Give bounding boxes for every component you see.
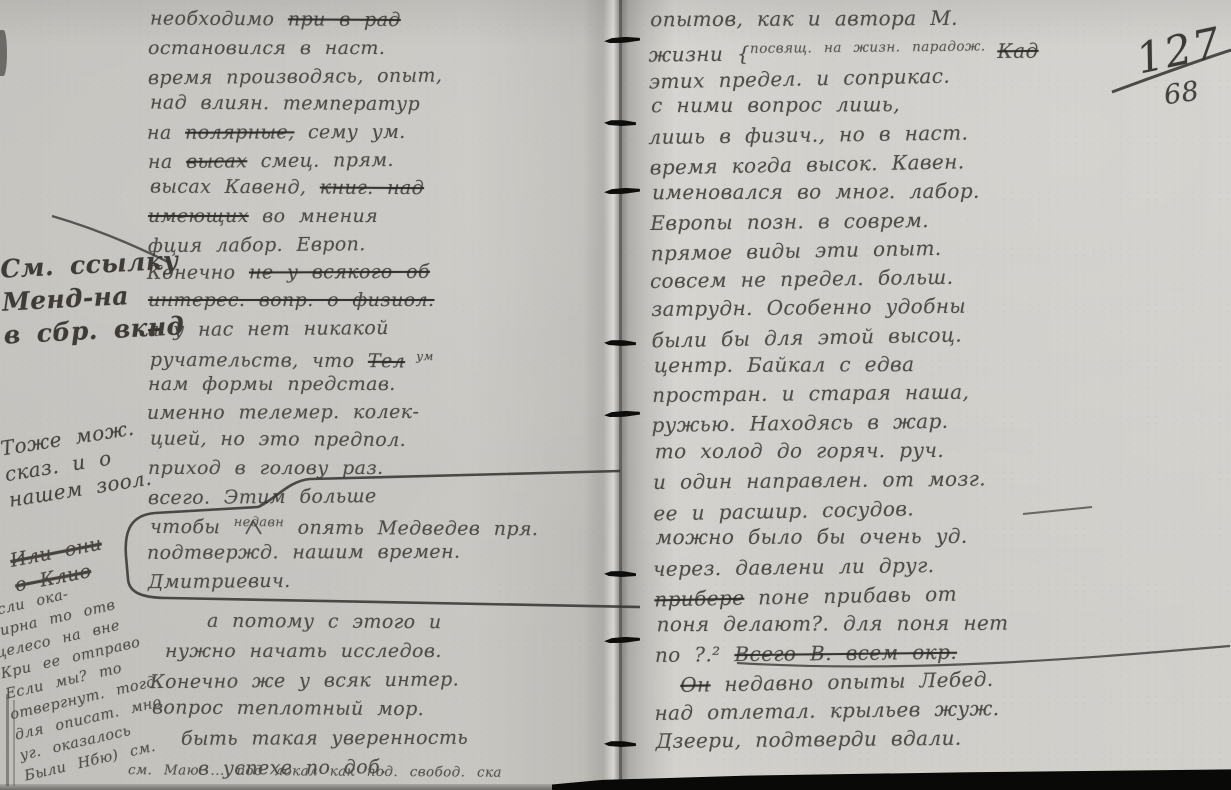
manuscript-line: центр. Байкал с едва <box>654 348 1220 379</box>
manuscript-line: на полярные, сему ум. <box>147 117 639 147</box>
manuscript-word: через. давлени ли друг. <box>653 553 935 581</box>
manuscript-line: фция лабор. Европ. <box>148 228 640 260</box>
right-page-text: опытов, как и автора М.жизни {посвящ. на… <box>648 1 1222 756</box>
manuscript-line: на высах смец. прям. <box>148 144 640 176</box>
manuscript-line: Конечно не у всякого об <box>147 257 639 287</box>
struck-word: имеющих <box>148 205 249 227</box>
manuscript-line: именовался во мног. лабор. <box>652 176 1218 207</box>
page-number: 68 <box>1162 76 1201 112</box>
manuscript-line: высах Кавенд, книг. над <box>150 173 642 204</box>
manuscript-word: фция лабор. Европ. <box>148 233 366 257</box>
manuscript-line: над влиян. температур <box>150 89 642 120</box>
left-page-lower-text: а потому с этого инужно начать исследов.… <box>150 608 650 782</box>
manuscript-line: именно телемер. колек- <box>147 397 639 427</box>
margin-note-reference: См. ссылкуМенд-нав сбр. вкнд <box>0 243 185 351</box>
manuscript-line: нам формы представ. <box>148 370 640 398</box>
manuscript-line: интерес. вопр. о физиол. <box>148 286 640 314</box>
manuscript-word: а потому с этого и <box>207 610 442 633</box>
manuscript-word: с ними вопрос лишь, <box>651 93 900 118</box>
manuscript-line: имеющих во мнения <box>148 202 640 230</box>
manuscript-line: опытов, как и автора М. <box>650 3 1216 34</box>
manuscript-word: по ?.² <box>655 642 735 667</box>
struck-word: прибере <box>654 586 744 612</box>
struck-word: Всего В. всем окр. <box>734 639 957 665</box>
manuscript-word: ее и расшир. сосудов. <box>653 496 914 525</box>
manuscript-word: нам формы представ. <box>148 373 396 395</box>
manuscript-line: поня делают?. для поня нет <box>657 607 1223 638</box>
manuscript-line: остановился в наст. <box>148 34 640 62</box>
manuscript-word: нужно начать исследов. <box>165 640 442 662</box>
manuscript-word: ум <box>405 349 434 363</box>
manuscript-line: а у нас нет никакой <box>148 312 640 344</box>
manuscript-word: над отлетал. крыльев жуж. <box>654 696 999 725</box>
struck-word: Он <box>680 673 711 698</box>
manuscript-word: именовался во мног. лабор. <box>652 179 980 204</box>
manuscript-word: ручательств, что <box>150 349 368 372</box>
manuscript-word: поне прибавь от <box>744 582 957 610</box>
manuscript-word: этих предел. и соприкас. <box>649 63 951 93</box>
manuscript-word: время производясь, опыт, <box>148 65 442 90</box>
manuscript-line: цией, но это предпол. <box>150 425 642 456</box>
notebook-scan: необходимо при в радостановился в наст.в… <box>0 0 1231 790</box>
manuscript-word: высах Кавенд, <box>150 176 320 199</box>
manuscript-word: недавн <box>234 515 285 530</box>
manuscript-word: цией, но это предпол. <box>150 428 406 452</box>
manuscript-word: время когда высок. Кавен. <box>650 149 965 179</box>
manuscript-word: простран. и старая наша, <box>652 380 969 407</box>
page-bottom-edge <box>0 784 552 790</box>
manuscript-line: быть такая уверенность <box>149 723 649 754</box>
manuscript-word: приход в голову раз. <box>148 457 384 479</box>
manuscript-word: ружью. Находясь в жар. <box>651 409 948 437</box>
manuscript-line: подтвержд. нашим времен. <box>147 537 639 567</box>
manuscript-line: ручательств, что Тел ум <box>150 341 642 372</box>
struck-word: высах <box>186 150 247 173</box>
manuscript-word: остановился в наст. <box>148 37 385 59</box>
manuscript-word: необходимо <box>150 8 288 31</box>
scan-edge-mark <box>0 30 7 76</box>
manuscript-word: на <box>147 122 185 144</box>
manuscript-word: у нас нет никакой <box>160 317 389 341</box>
manuscript-word: затрудн. Особенно удобны <box>651 294 966 321</box>
manuscript-word: всего. Этим больше <box>148 485 377 509</box>
manuscript-line: а потому с этого и <box>152 606 652 638</box>
manuscript-word: Конечно же у всяк интер. <box>150 668 459 693</box>
manuscript-word: над влиян. температур <box>150 92 420 116</box>
manuscript-word: вопрос теплотный мор. <box>152 696 424 720</box>
manuscript-word: можно было бы очень уд. <box>656 524 968 549</box>
manuscript-line: время производясь, опыт, <box>148 60 640 92</box>
struck-word: при в рад <box>288 8 401 31</box>
manuscript-word: смец. прям. <box>247 149 394 172</box>
manuscript-word: совсем не предел. больш. <box>650 265 954 293</box>
struck-word: книг. над <box>320 177 424 200</box>
manuscript-word: быть такая уверенность <box>181 727 468 750</box>
manuscript-word: то холод до горяч. руч. <box>655 438 944 463</box>
manuscript-word: и один направлен. от мозг. <box>653 466 986 493</box>
struck-word: интерес. вопр. о физиол. <box>148 289 434 311</box>
manuscript-word: именно телемер. колек- <box>147 401 419 424</box>
struck-word: Тел <box>368 350 405 372</box>
manuscript-word: Европы позн. в соврем. <box>650 208 929 235</box>
struck-word: не у всякого об <box>249 261 430 284</box>
manuscript-word: недавно опыты Лебед. <box>710 667 993 696</box>
manuscript-word: чтобы <box>150 516 234 539</box>
manuscript-line: всего. Этим больше <box>148 480 640 512</box>
manuscript-line: приход в голову раз. <box>148 454 640 482</box>
struck-word: полярные, <box>185 121 294 143</box>
manuscript-line: Дмитриевич. <box>148 564 640 596</box>
manuscript-word: подтвержд. нашим времен. <box>147 541 460 564</box>
left-page-text: необходимо при в радостановился в наст.в… <box>148 6 640 594</box>
manuscript-word: Дмитриевич. <box>148 570 291 593</box>
manuscript-line: необходимо при в рад <box>150 5 642 36</box>
manuscript-word: парадож. <box>900 38 997 55</box>
manuscript-line: вопрос теплотный мор. <box>152 693 652 725</box>
manuscript-word: лишь в физич., но в наст. <box>648 121 968 149</box>
manuscript-word: сему ум. <box>294 121 405 143</box>
manuscript-word: центр. Байкал с едва <box>654 352 915 377</box>
manuscript-word: прямое виды эти опыт. <box>650 236 941 266</box>
manuscript-word: были бы для этой высоц. <box>651 322 962 352</box>
manuscript-word: жизни { <box>648 41 750 66</box>
manuscript-line: чтобы недавн опять Медведев пря. <box>150 509 642 540</box>
manuscript-line: то холод до горяч. руч. <box>655 435 1221 466</box>
manuscript-line: нужно начать исследов. <box>150 637 650 666</box>
manuscript-word: опытов, как и автора М. <box>650 6 958 31</box>
manuscript-word: посвящ. на жизн. <box>750 39 901 57</box>
manuscript-word: на <box>148 151 186 173</box>
manuscript-line: Конечно же у всяк интер. <box>150 664 650 697</box>
manuscript-word: во мнения <box>249 205 378 227</box>
manuscript-word: Дзеери, подтверди вдали. <box>656 726 962 753</box>
manuscript-word: поня делают?. для поня нет <box>657 610 1009 636</box>
